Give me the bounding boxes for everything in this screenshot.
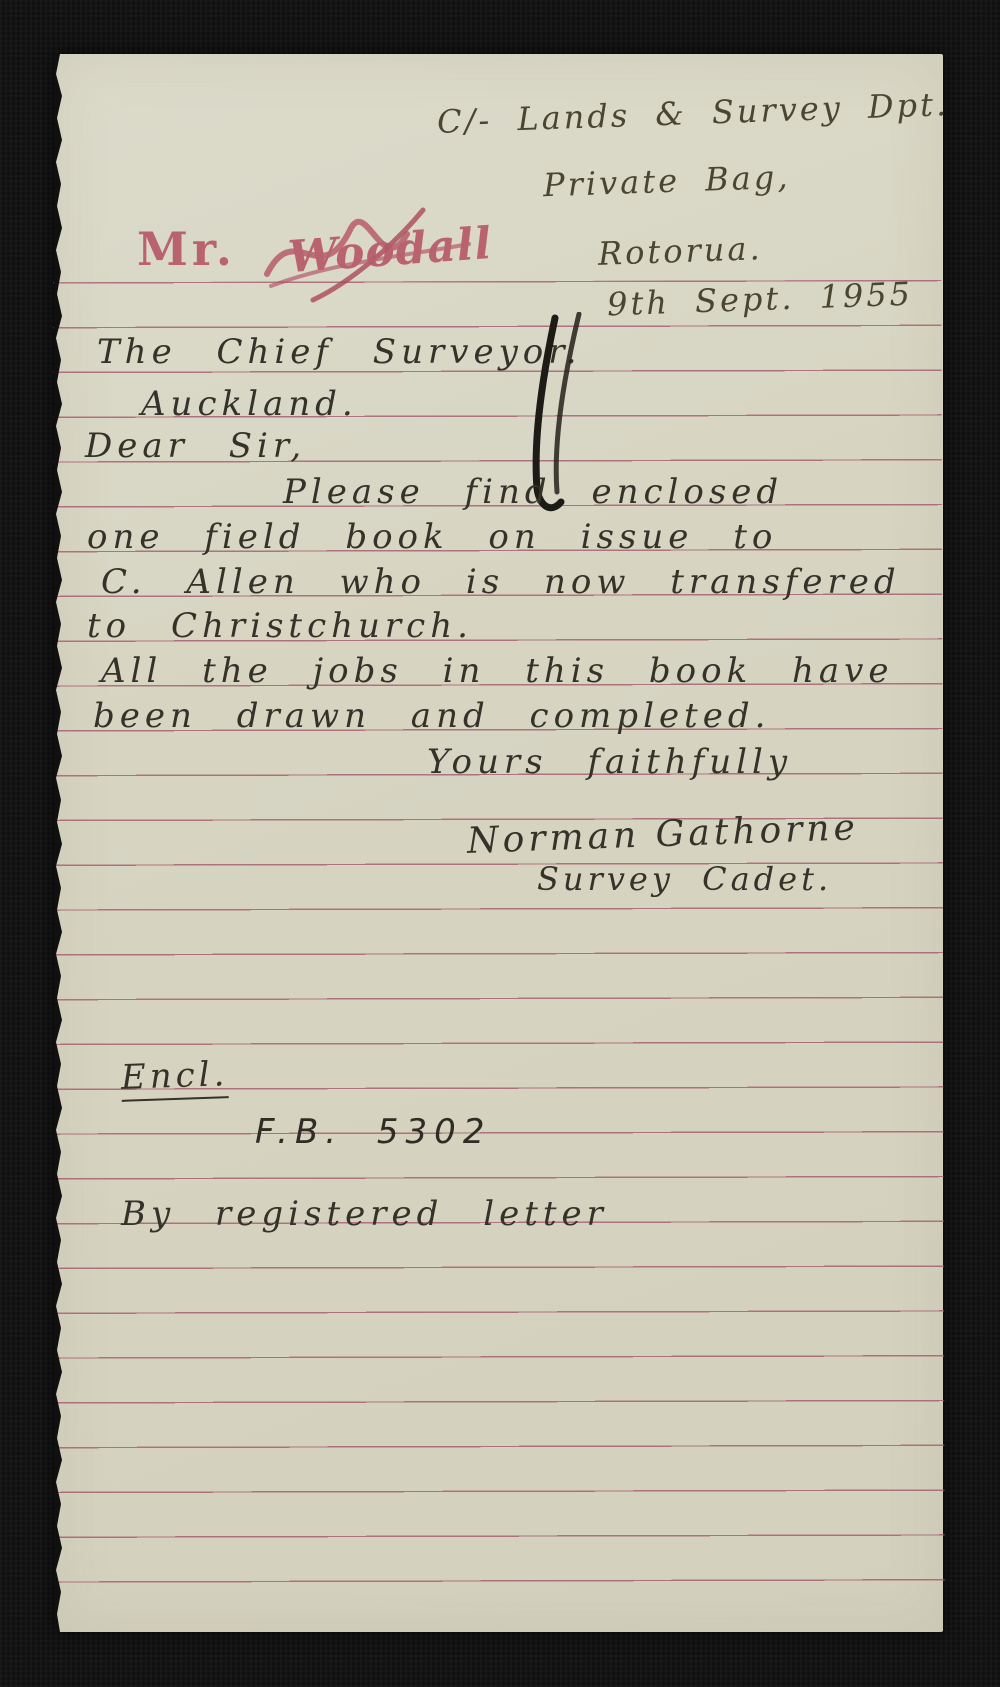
stamp-name: Woodall: [286, 218, 493, 283]
date-line: 9th Sept. 1955: [606, 275, 913, 324]
valediction: Yours faithfully: [427, 742, 792, 782]
salutation: Dear Sir,: [85, 426, 306, 466]
name-stamp: Mr.Woodall: [137, 222, 492, 276]
body-line: one field book on issue to: [87, 517, 777, 557]
return-address-line: Rotorua.: [597, 229, 763, 273]
letter-paper: C/- Lands & Survey Dpt. Private Bag, Rot…: [55, 54, 943, 1632]
signature: Norman Gathorne: [466, 807, 859, 862]
body-line: All the jobs in this book have: [101, 651, 894, 691]
recipient-line: The Chief Surveyor.: [97, 332, 582, 372]
enclosure-ref: F.B. 5302: [255, 1112, 491, 1152]
torn-edge: [54, 54, 66, 1632]
stamp-prefix: Mr.: [137, 222, 236, 276]
body-line: to Christchurch.: [87, 606, 473, 646]
recipient-line: Auckland.: [141, 384, 358, 424]
signature-title: Survey Cadet.: [537, 860, 832, 898]
body-line: Please find enclosed: [283, 472, 783, 512]
body-line: been drawn and completed.: [93, 696, 770, 736]
scan-background: { "letter": { "return_address": ["C/- La…: [0, 0, 1000, 1687]
delivery-note: By registered letter: [121, 1194, 608, 1234]
return-address-line: Private Bag,: [542, 158, 791, 205]
enclosure-label: Encl.: [120, 1054, 229, 1102]
body-line: C. Allen who is now transfered: [101, 562, 901, 602]
return-address-line: C/- Lands & Survey Dpt.: [436, 85, 949, 141]
